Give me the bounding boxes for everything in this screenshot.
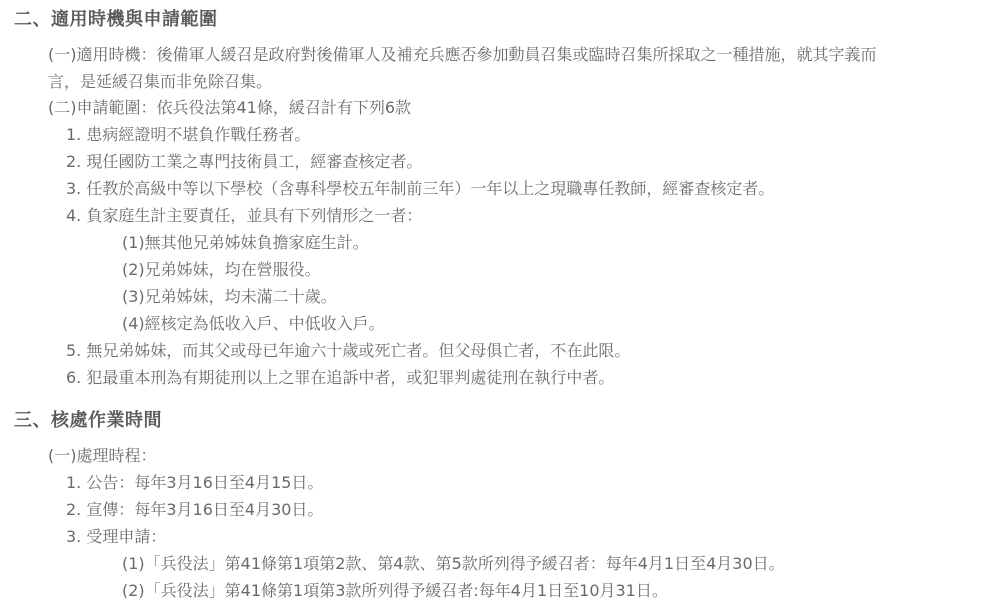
sub-list-item: (2)「兵役法」第41條第1項第3款所列得予緩召者:每年4月1日至10月31日。: [122, 580, 668, 602]
section-heading-3: 三、核處作業時間: [14, 410, 162, 432]
list-item: 2. 宣傳：每年3月16日至4月30日。: [66, 499, 323, 521]
section-heading-2: 二、適用時機與申請範圍: [14, 9, 218, 31]
list-item: 3. 受理申請：: [66, 526, 166, 548]
sub-list-item: (2)兄弟姊妹，均在營服役。: [122, 259, 321, 281]
paragraph-applicable-timing: (一)適用時機：後備軍人緩召是政府對後備軍人及補充兵應否參加動員召集或臨時召集所…: [48, 44, 877, 66]
list-item: 4. 負家庭生計主要責任，並具有下列情形之一者：: [66, 205, 422, 227]
paragraph-application-scope: (二)申請範圍：依兵役法第41條，緩召計有下列6款: [48, 97, 411, 119]
list-item: 1. 患病經證明不堪負作戰任務者。: [66, 124, 310, 146]
sub-list-item: (3)兄弟姊妹，均未滿二十歲。: [122, 286, 337, 308]
list-item: 1. 公告：每年3月16日至4月15日。: [66, 472, 323, 494]
list-item: 5. 無兄弟姊妹，而其父或母已年逾六十歲或死亡者。但父母俱亡者，不在此限。: [66, 340, 630, 362]
list-item: 6. 犯最重本刑為有期徒刑以上之罪在追訴中者，或犯罪判處徒刑在執行中者。: [66, 367, 614, 389]
sub-list-item: (4)經核定為低收入戶、中低收入戶。: [122, 313, 385, 335]
list-item: 3. 任教於高級中等以下學校（含專科學校五年制前三年）一年以上之現職專任教師，經…: [66, 178, 774, 200]
sub-list-item: (1)無其他兄弟姊妹負擔家庭生計。: [122, 232, 369, 254]
list-item: 2. 現任國防工業之專門技術員工，經審查核定者。: [66, 151, 422, 173]
sub-list-item: (1)「兵役法」第41條第1項第2款、第4款、第5款所列得予緩召者：每年4月1日…: [122, 553, 785, 575]
paragraph-processing-schedule: (一)處理時程：: [48, 445, 157, 467]
paragraph-applicable-timing-cont: 言，是延緩召集而非免除召集。: [48, 71, 272, 93]
